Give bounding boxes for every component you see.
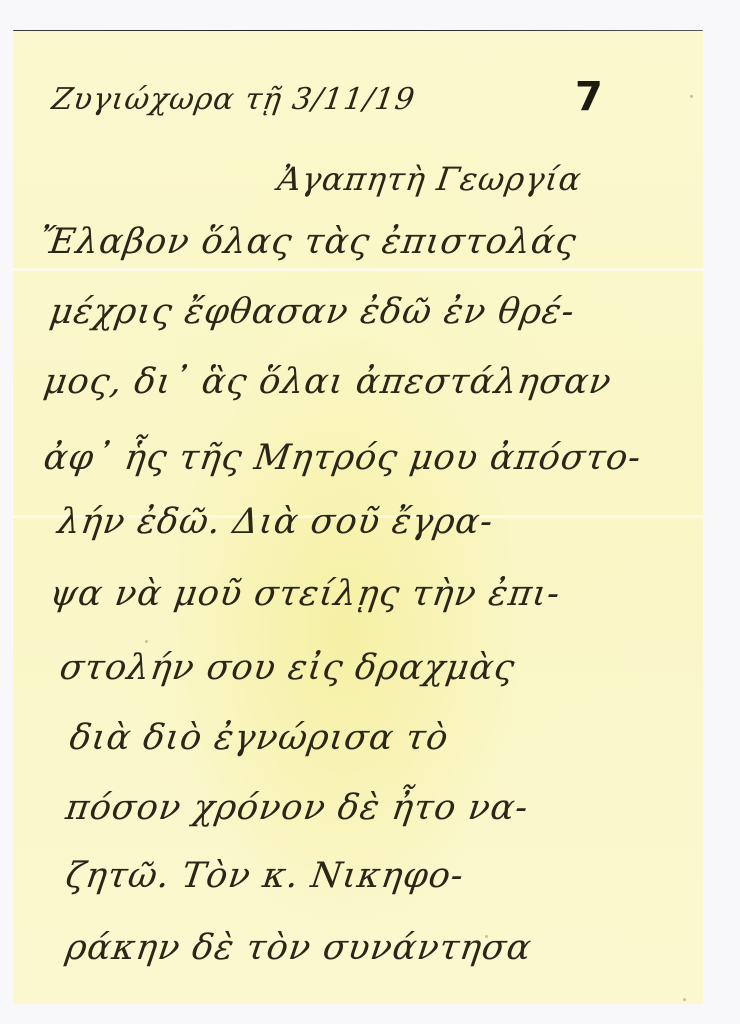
letter-line-1: Ἔλαβον ὅλας τὰς ἐπιστολάς: [37, 222, 579, 262]
letter-line-5: λήν ἐδῶ. Διὰ σοῦ ἔγρα-: [55, 502, 496, 542]
letter-line-8: διὰ διὸ ἐγνώρισα τὸ: [67, 718, 451, 758]
letter-line-6: ψα νὰ μοῦ στείλῃς τὴν ἐπι-: [47, 574, 563, 614]
paper-speck: [145, 640, 148, 643]
paper-speck: [232, 378, 235, 381]
letter-line-2: μέχρις ἔφθασαν ἐδῶ ἐν θρέ-: [47, 292, 577, 332]
letter-line-3: μος, δι᾿ ἃς ὅλαι ἀπεστάλησαν: [41, 362, 614, 402]
paper-speck: [683, 998, 686, 1001]
place-date: Ζυγιώχωρα τῇ 3/11/19: [50, 82, 418, 117]
letter-line-9: πόσον χρόνον δὲ ἦτο να-: [63, 788, 531, 828]
paper-speck: [690, 95, 693, 98]
salutation: Ἀγαπητὴ Γεωργία: [275, 160, 584, 198]
letter-line-10: ζητῶ. Τὸν κ. Νικηφο-: [63, 856, 466, 896]
letter-line-11: ράκην δὲ τὸν συνάντησα: [63, 928, 534, 968]
paper-speck: [485, 935, 488, 938]
fold-crease: [13, 268, 703, 271]
letter-line-7: στολήν σου εἰς δραχμὰς: [57, 648, 518, 688]
letter-line-4: ἀφ᾿ ἧς τῆς Μητρός μου ἀπόστο-: [41, 438, 644, 478]
page-number-mark: 7: [575, 74, 603, 120]
